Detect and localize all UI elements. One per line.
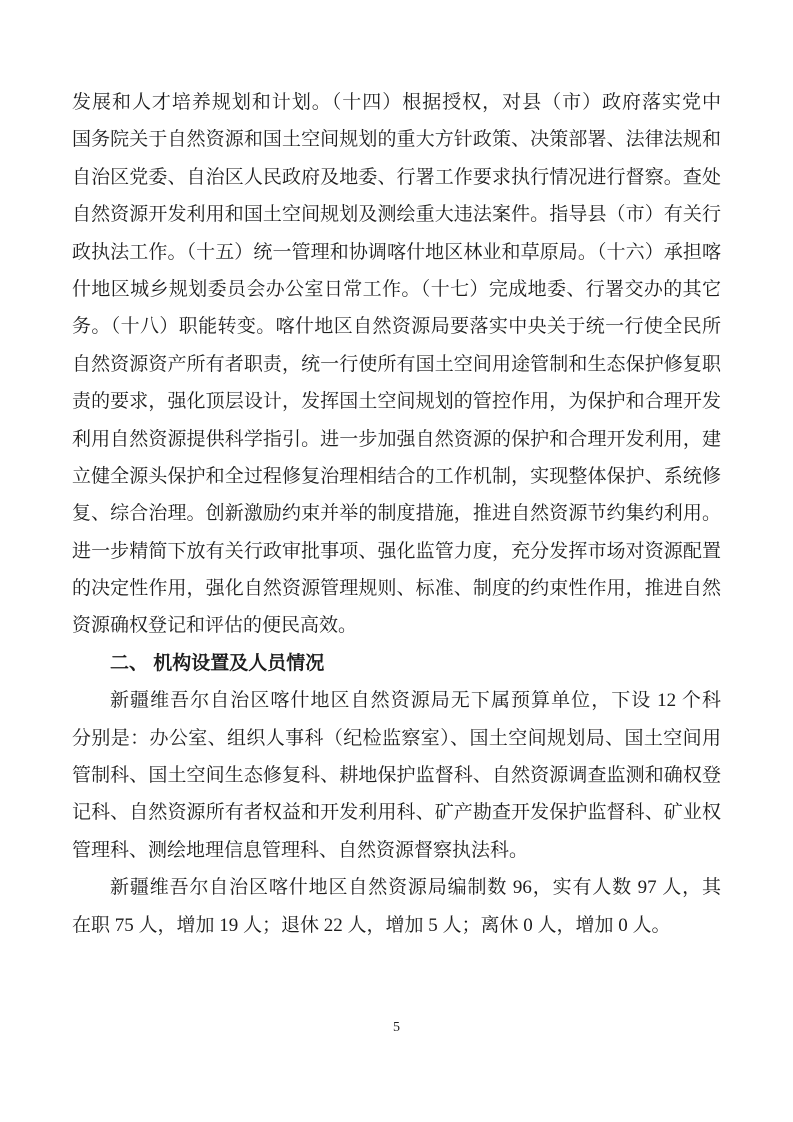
text-line: 管理科、测绘地理信息管理科、自然资源督察执法科。 xyxy=(72,832,721,869)
text-line: 政执法工作。（十五）统一管理和协调喀什地区林业和草原局。（十六）承担喀 xyxy=(72,234,721,271)
text-line: 国务院关于自然资源和国土空间规划的重大方针政策、决策部署、法律法规和 xyxy=(72,121,721,158)
text-line: 利用自然资源提供科学指引。进一步加强自然资源的保护和合理开发利用，建 xyxy=(72,421,721,458)
document-body: 发展和人才培养规划和计划。（十四）根据授权，对县（市）政府落实党中央、 国务院关… xyxy=(72,84,721,944)
document-page: 发展和人才培养规划和计划。（十四）根据授权，对县（市）政府落实党中央、 国务院关… xyxy=(0,0,793,1122)
text-line: 管制科、国土空间生态修复科、耕地保护监督科、自然资源调查监测和确权登 xyxy=(72,757,721,794)
text-line: 自然资源资产所有者职责，统一行使所有国土空间用途管制和生态保护修复职 xyxy=(72,346,721,383)
text-line: 分别是：办公室、组织人事科（纪检监察室）、国土空间规划局、国土空间用途 xyxy=(72,720,721,757)
text-line: 新疆维吾尔自治区喀什地区自然资源局编制数 96，实有人数 97 人，其中： xyxy=(72,869,721,906)
text-line: 务。（十八）职能转变。喀什地区自然资源局要落实中央关于统一行使全民所有 xyxy=(72,308,721,345)
text-line: 记科、自然资源所有者权益和开发利用科、矿产勘查开发保护监督科、矿业权 xyxy=(72,794,721,831)
text-line: 在职 75 人，增加 19 人；退休 22 人，增加 5 人；离休 0 人，增加… xyxy=(72,907,721,944)
text-line: 的决定性作用，强化自然资源管理规则、标准、制度的约束性作用，推进自然 xyxy=(72,570,721,607)
text-line: 进一步精简下放有关行政审批事项、强化监管力度，充分发挥市场对资源配置 xyxy=(72,533,721,570)
text-line: 发展和人才培养规划和计划。（十四）根据授权，对县（市）政府落实党中央、 xyxy=(72,84,721,121)
text-line: 新疆维吾尔自治区喀什地区自然资源局无下属预算单位，下设 12 个科室， xyxy=(72,682,721,719)
text-line: 立健全源头保护和全过程修复治理相结合的工作机制，实现整体保护、系统修 xyxy=(72,458,721,495)
text-line: 自然资源开发利用和国土空间规划及测绘重大违法案件。指导县（市）有关行 xyxy=(72,196,721,233)
text-line: 资源确权登记和评估的便民高效。 xyxy=(72,607,721,644)
page-number: 5 xyxy=(393,1020,400,1035)
text-line: 责的要求，强化顶层设计，发挥国土空间规划的管控作用，为保护和合理开发 xyxy=(72,383,721,420)
text-line: 什地区城乡规划委员会办公室日常工作。（十七）完成地委、行署交办的其它任 xyxy=(72,271,721,308)
text-line: 自治区党委、自治区人民政府及地委、行署工作要求执行情况进行督察。查处 xyxy=(72,159,721,196)
page-footer: 5 xyxy=(0,1018,793,1036)
text-line: 二、 机构设置及人员情况 xyxy=(72,645,721,682)
text-line: 复、综合治理。创新激励约束并举的制度措施，推进自然资源节约集约利用。 xyxy=(72,495,721,532)
